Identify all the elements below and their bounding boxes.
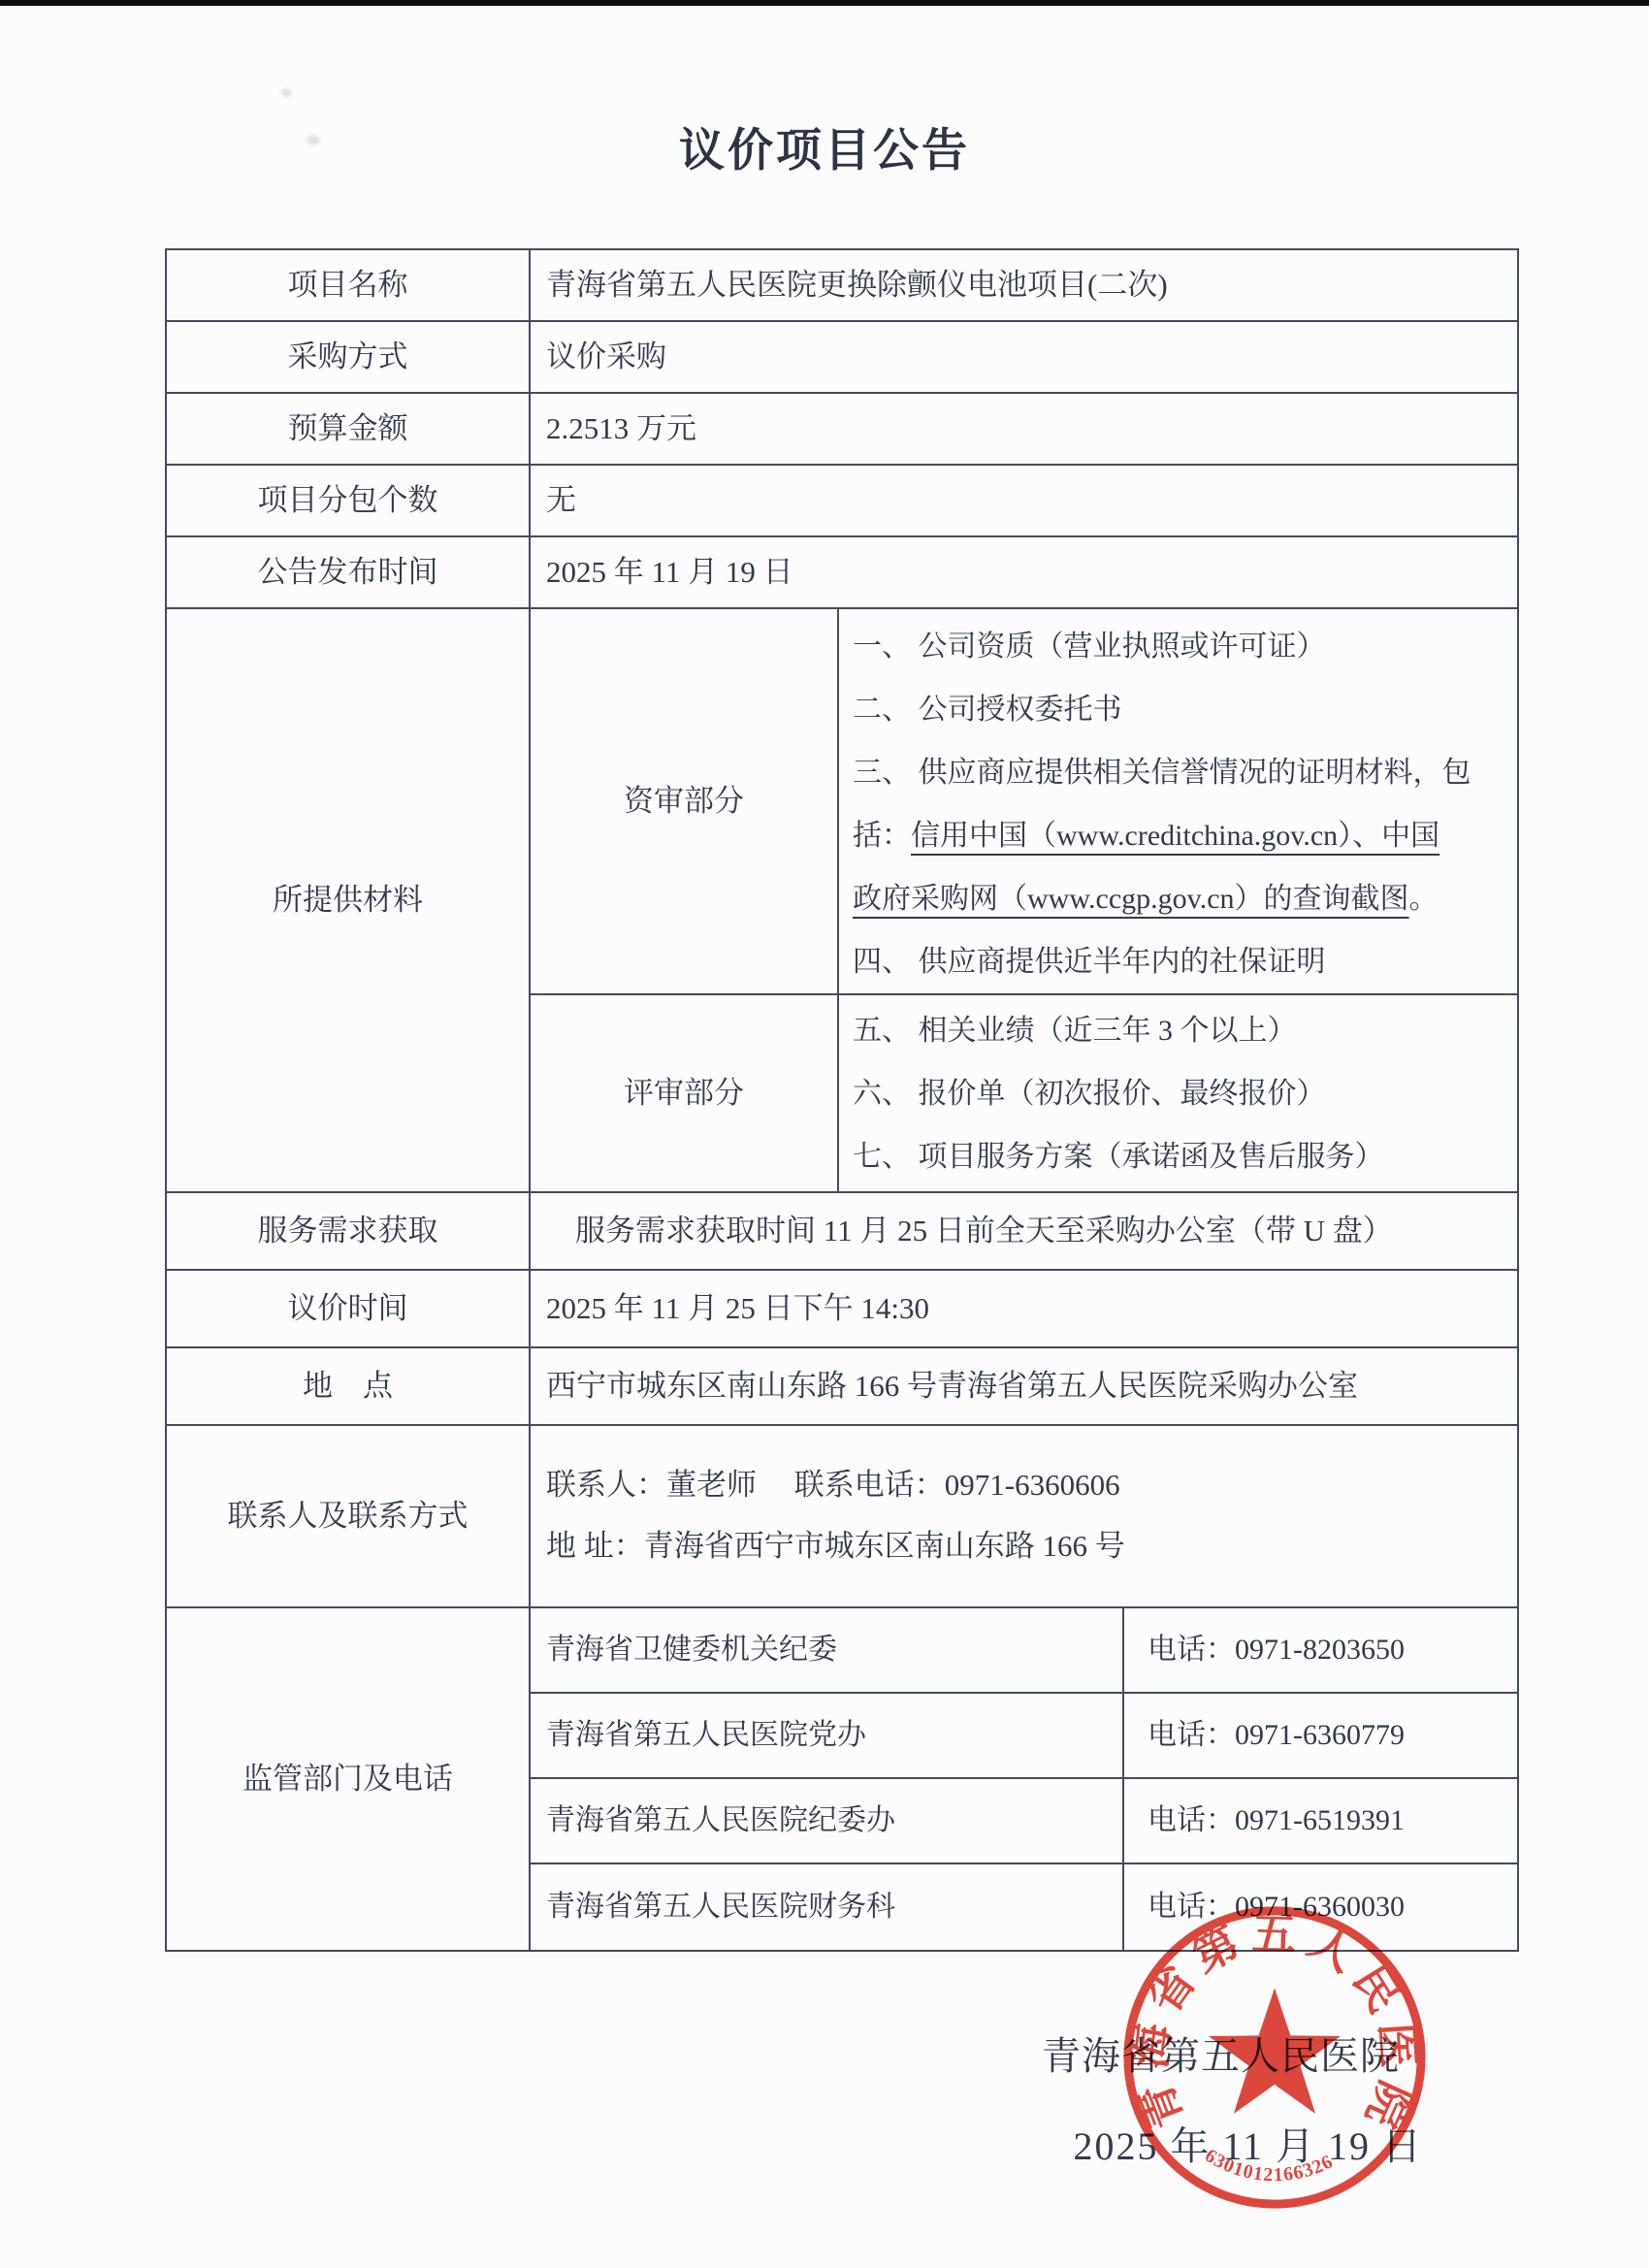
materials-sections: 资审部分 一、 公司资质（营业执照或许可证） 二、 公司授权委托书 三、 供应商… [531,609,1517,1191]
row-label: 服务需求获取 [167,1193,531,1269]
supervision-phone: 电话：0971-8203650 [1124,1608,1517,1692]
row-value: 服务需求获取时间 11 月 25 日前全天至采购办公室（带 U 盘） [531,1193,1517,1269]
material-item: 五、 相关业绩（近三年 3 个以上） [853,999,1509,1062]
ccgp-link-text: 政府采购网（www.ccgp.gov.cn）的查询截图 [853,883,1409,915]
table-row-location: 地 点 西宁市城东区南山东路 166 号青海省第五人民医院采购办公室 [167,1348,1517,1426]
supervision-phone: 电话：0971-6519391 [1124,1779,1517,1863]
material-item: 三、 供应商应提供相关信誉情况的证明材料，包 [853,741,1509,804]
page-title: 议价项目公告 [0,114,1649,179]
seal-code: 6301012166326 [1201,2145,1337,2186]
material-item: 二、 公司授权委托书 [853,678,1509,741]
table-row-procurement-method: 采购方式 议价采购 [167,322,1517,394]
row-label: 采购方式 [167,322,531,392]
row-label: 公告发布时间 [167,537,531,607]
material-item: 六、 报价单（初次报价、最终报价） [853,1062,1509,1125]
table-row-materials: 所提供材料 资审部分 一、 公司资质（营业执照或许可证） 二、 公司授权委托书 … [167,609,1517,1193]
announcement-table: 项目名称 青海省第五人民医院更换除颤仪电池项目(二次) 采购方式 议价采购 预算… [165,248,1519,1952]
row-value: 青海省第五人民医院更换除颤仪电池项目(二次) [531,250,1517,320]
row-value: 2.2513 万元 [531,394,1517,464]
evaluation-review-items: 五、 相关业绩（近三年 3 个以上） 六、 报价单（初次报价、最终报价） 七、 … [839,995,1517,1191]
supervision-department: 青海省第五人民医院财务科 [531,1864,1124,1950]
contact-details: 联系人：董老师 联系电话：0971-6360606 地 址：青海省西宁市城东区南… [531,1426,1517,1606]
table-row-service-requirement: 服务需求获取 服务需求获取时间 11 月 25 日前全天至采购办公室（带 U 盘… [167,1193,1517,1271]
material-item: 括：信用中国（www.creditchina.gov.cn）、中国 [853,804,1509,867]
table-row-project-name: 项目名称 青海省第五人民医院更换除颤仪电池项目(二次) [167,250,1517,322]
row-label: 项目分包个数 [167,466,531,535]
scanned-announcement-page: 议价项目公告 项目名称 青海省第五人民医院更换除颤仪电池项目(二次) 采购方式 … [0,0,1649,2268]
scan-edge-artifact [0,0,1649,6]
official-seal-stamp: 青海省第五人民医院 6301012166326 [1111,1894,1439,2221]
section-label: 资审部分 [531,609,839,993]
supervision-row: 青海省第五人民医院纪委办 电话：0971-6519391 [531,1779,1517,1864]
row-value: 议价采购 [531,322,1517,392]
qualification-review-items: 一、 公司资质（营业执照或许可证） 二、 公司授权委托书 三、 供应商应提供相关… [839,609,1517,993]
row-label: 监管部门及电话 [167,1608,531,1950]
supervision-row: 青海省第五人民医院党办 电话：0971-6360779 [531,1694,1517,1779]
credit-china-link-text: 信用中国（www.creditchina.gov.cn）、中国 [911,820,1439,852]
contact-person-line: 联系人：董老师 联系电话：0971-6360606 [546,1467,1120,1505]
row-label: 项目名称 [167,250,531,320]
supervision-row: 青海省卫健委机关纪委 电话：0971-8203650 [531,1608,1517,1694]
row-label: 联系人及联系方式 [167,1426,531,1606]
supervision-department: 青海省第五人民医院纪委办 [531,1779,1124,1863]
evaluation-review-section: 评审部分 五、 相关业绩（近三年 3 个以上） 六、 报价单（初次报价、最终报价… [531,995,1517,1191]
material-item: 一、 公司资质（营业执照或许可证） [853,615,1509,678]
table-row-publish-date: 公告发布时间 2025 年 11 月 19 日 [167,537,1517,609]
row-label: 议价时间 [167,1271,531,1346]
table-row-budget: 预算金额 2.2513 万元 [167,394,1517,466]
row-label: 预算金额 [167,394,531,464]
section-label: 评审部分 [531,995,839,1191]
material-item: 七、 项目服务方案（承诺函及售后服务） [853,1125,1509,1188]
contact-address-line: 地 址：青海省西宁市城东区南山东路 166 号 [546,1528,1125,1566]
seal-star-icon [1209,1988,1341,2113]
row-value: 2025 年 11 月 19 日 [531,537,1517,607]
row-value: 2025 年 11 月 25 日下午 14:30 [531,1271,1517,1346]
table-row-lot-count: 项目分包个数 无 [167,466,1517,537]
supervision-department: 青海省第五人民医院党办 [531,1694,1124,1777]
plain-text: 括： [853,820,911,852]
row-value: 无 [531,466,1517,535]
row-label: 所提供材料 [167,609,531,1191]
material-item: 政府采购网（www.ccgp.gov.cn）的查询截图。 [853,867,1509,930]
table-row-negotiation-time: 议价时间 2025 年 11 月 25 日下午 14:30 [167,1271,1517,1348]
scan-speck [281,89,291,96]
supervision-phone: 电话：0971-6360779 [1124,1694,1517,1777]
row-label: 地 点 [167,1348,531,1424]
plain-text: 。 [1409,883,1439,915]
supervision-department: 青海省卫健委机关纪委 [531,1608,1124,1692]
row-value: 西宁市城东区南山东路 166 号青海省第五人民医院采购办公室 [531,1348,1517,1424]
material-item: 四、 供应商提供近半年内的社保证明 [853,930,1509,993]
qualification-review-section: 资审部分 一、 公司资质（营业执照或许可证） 二、 公司授权委托书 三、 供应商… [531,609,1517,995]
table-row-contact: 联系人及联系方式 联系人：董老师 联系电话：0971-6360606 地 址：青… [167,1426,1517,1608]
